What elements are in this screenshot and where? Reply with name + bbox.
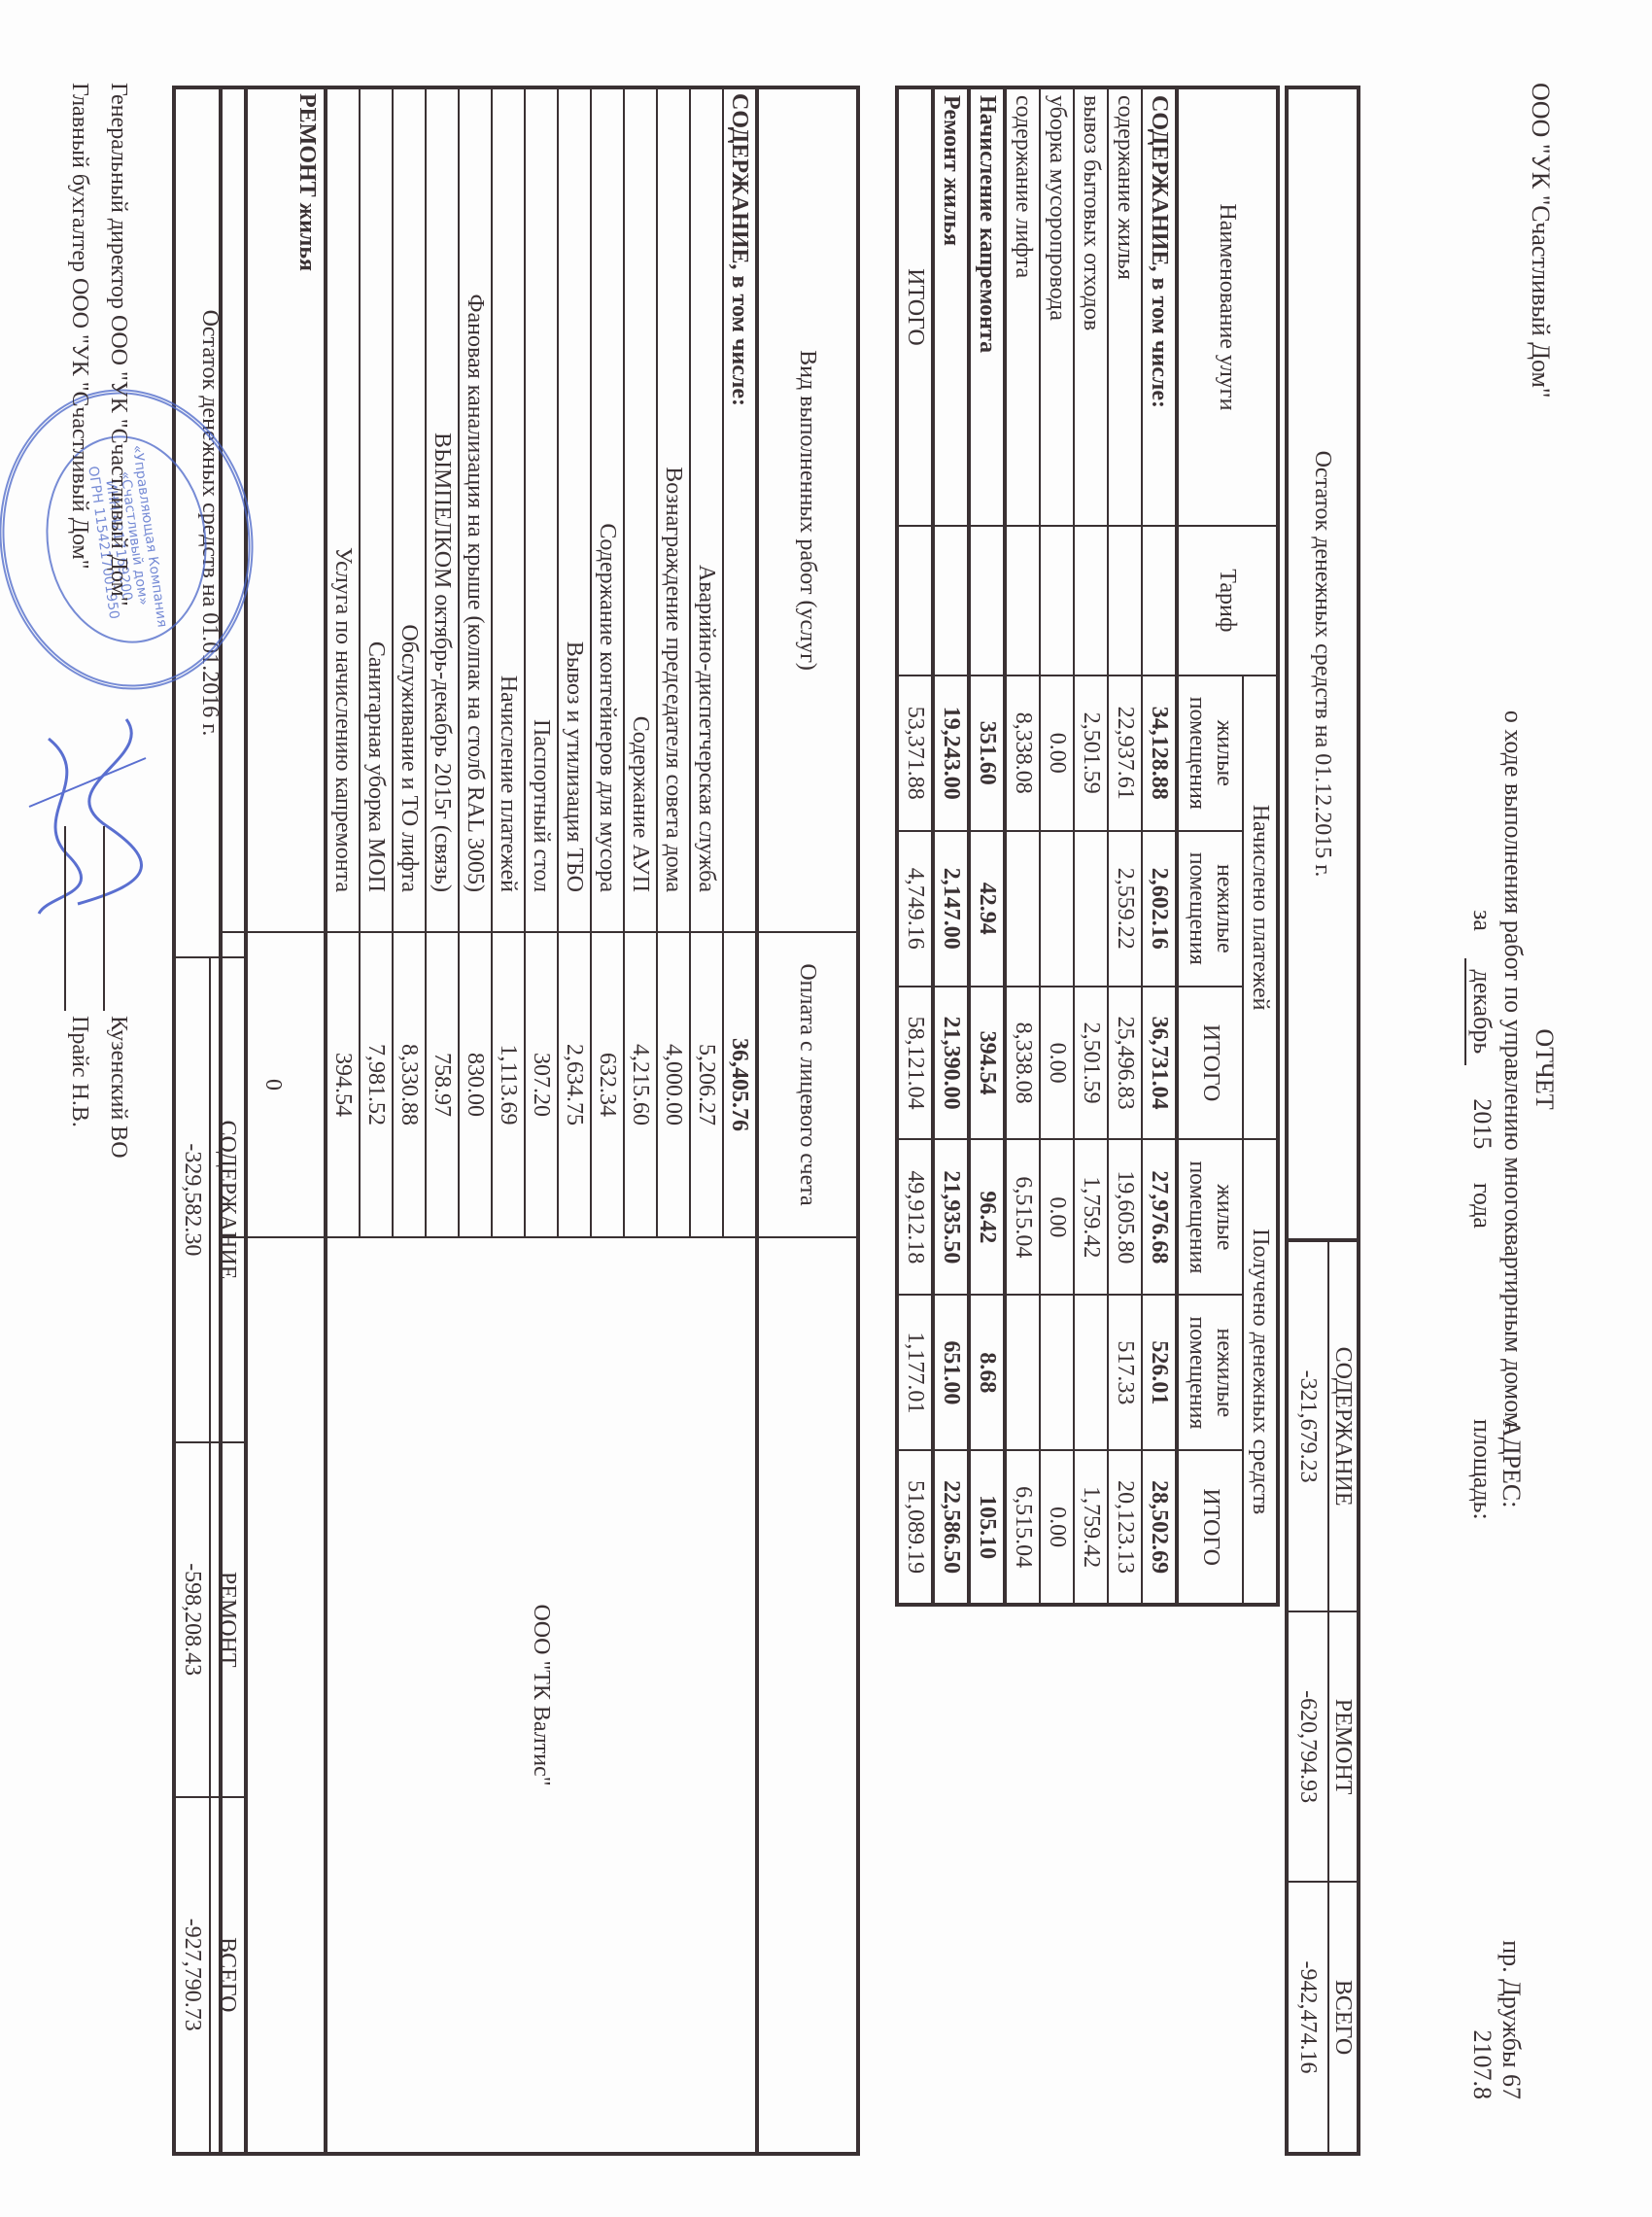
received-nonresidential-cell bbox=[1074, 1295, 1108, 1450]
tariff-cell bbox=[933, 526, 969, 675]
tariff-cell bbox=[897, 526, 933, 675]
area-value: 2107.8 bbox=[1467, 1652, 1497, 2158]
col-charged-group: Начислено платежей bbox=[1243, 675, 1278, 1140]
work-name: Содержание контейнеров для мусора bbox=[591, 87, 624, 932]
received-nonresidential-cell: 651.00 bbox=[933, 1295, 969, 1450]
work-amount: 1,113.69 bbox=[492, 932, 525, 1237]
period-year: 2015 bbox=[1468, 1098, 1497, 1149]
works-table: Вид выполненных работ (услуг) Оплата с л… bbox=[219, 86, 860, 2156]
charges-table-row: СОДЕРЖАНИЕ, в том числе:34,128.882,602.1… bbox=[1142, 87, 1177, 1605]
work-name: Начисление платежей bbox=[492, 87, 525, 932]
accountant-name: Прайс Н.В. bbox=[66, 1016, 92, 1127]
charged-nonresidential-cell: 2,602.16 bbox=[1142, 831, 1177, 987]
accountant-title: Главный бухгалтер ООО "УК "Счастливый До… bbox=[66, 83, 92, 570]
service-name: СОДЕРЖАНИЕ, в том числе: bbox=[1142, 87, 1177, 526]
col-work: Вид выполненных работ (услуг) bbox=[757, 87, 858, 932]
opening-col-total: ВСЕГО bbox=[1328, 1882, 1359, 2154]
closing-value-total: -927,790.73 bbox=[174, 1797, 210, 2154]
handwritten-signature bbox=[10, 700, 165, 923]
col-contractor bbox=[757, 1237, 858, 2154]
work-name: ВЫМПЕЛКОМ октябрь-декабрь 2015г (связь) bbox=[426, 87, 459, 932]
charges-table-body: СОДЕРЖАНИЕ, в том числе:34,128.882,602.1… bbox=[897, 87, 1177, 1605]
charged-residential-cell: 53,371.88 bbox=[897, 675, 933, 831]
work-name: Услуга по начислению капремонта bbox=[326, 87, 360, 932]
charged-total-cell: 2,501.59 bbox=[1074, 987, 1108, 1140]
service-name: вывоз бытовых отходов bbox=[1074, 87, 1108, 526]
received-residential-cell: 21,935.50 bbox=[933, 1139, 969, 1295]
service-name: содержание жилья bbox=[1108, 87, 1142, 526]
col-charged-total: ИТОГО bbox=[1177, 987, 1243, 1140]
received-residential-cell: 1,759.42 bbox=[1074, 1139, 1108, 1295]
charged-total-cell: 394.54 bbox=[969, 987, 1005, 1140]
work-name: Вывоз и утилизация ТБО bbox=[558, 87, 591, 932]
charged-total-cell: 36,731.04 bbox=[1142, 987, 1177, 1140]
tariff-cell bbox=[1005, 526, 1040, 675]
charged-residential-cell: 351.60 bbox=[969, 675, 1005, 831]
opening-value-repair: -620,794.93 bbox=[1287, 1611, 1328, 1882]
opening-col-repair: РЕМОНТ bbox=[1328, 1611, 1359, 1882]
received-residential-cell: 6,515.04 bbox=[1005, 1139, 1040, 1295]
accountant-signature-line bbox=[64, 826, 66, 1011]
received-total-cell: 105.10 bbox=[969, 1450, 1005, 1605]
closing-value-repair: -598,208.43 bbox=[174, 1442, 210, 1797]
service-name: ИТОГО bbox=[897, 87, 933, 526]
received-total-cell: 51,089.19 bbox=[897, 1450, 933, 1605]
charged-total-cell: 8,338.08 bbox=[1005, 987, 1040, 1140]
work-name: Вознаграждение председателя совета дома bbox=[657, 87, 690, 932]
charged-residential-cell: 0.00 bbox=[1040, 675, 1074, 831]
organization-name: ООО "УК "Счастливый Дом" bbox=[1526, 83, 1555, 398]
col-received-nonresidential: нежилые помещения bbox=[1177, 1295, 1243, 1450]
work-amount: 7,981.52 bbox=[360, 932, 393, 1237]
col-received-total: ИТОГО bbox=[1177, 1450, 1243, 1605]
charged-residential-cell: 22,937.61 bbox=[1108, 675, 1142, 831]
work-amount: 4,000.00 bbox=[657, 932, 690, 1237]
area-label: площадь: bbox=[1467, 1419, 1497, 1652]
closing-col-repair: РЕМОНТ bbox=[210, 1442, 246, 1797]
received-nonresidential-cell bbox=[1040, 1295, 1074, 1450]
work-name: Содержание АУП bbox=[624, 87, 657, 932]
closing-col-maintenance: СОДЕРЖАНИЕ bbox=[210, 957, 246, 1442]
col-charged-residential: жилые помещения bbox=[1177, 675, 1243, 831]
col-tariff: Тариф bbox=[1177, 526, 1278, 675]
received-total-cell: 20,123.13 bbox=[1108, 1450, 1142, 1605]
col-received-group: Получено денежных средств bbox=[1243, 1139, 1278, 1605]
period-month: декабрь bbox=[1464, 958, 1497, 1065]
received-total-cell: 0.00 bbox=[1040, 1450, 1074, 1605]
col-service: Наименование улуги bbox=[1177, 87, 1278, 526]
work-amount: 394.54 bbox=[326, 932, 360, 1237]
received-total-cell: 1,759.42 bbox=[1074, 1450, 1108, 1605]
address-value: пр. Дружбы 67 bbox=[1497, 1652, 1526, 2158]
received-nonresidential-cell bbox=[1005, 1295, 1040, 1450]
charged-residential-cell: 8,338.08 bbox=[1005, 675, 1040, 831]
work-amount: 307.20 bbox=[525, 932, 558, 1237]
service-name: содержание лифта bbox=[1005, 87, 1040, 526]
charged-total-cell: 21,390.00 bbox=[933, 987, 969, 1140]
tariff-cell bbox=[1074, 526, 1108, 675]
address-block: АДРЕС: пр. Дружбы 67 площадь: 2107.8 bbox=[1467, 1419, 1526, 2158]
received-residential-cell: 27,976.68 bbox=[1142, 1139, 1177, 1295]
charged-nonresidential-cell bbox=[1005, 831, 1040, 987]
charged-total-cell: 58,121.04 bbox=[897, 987, 933, 1140]
received-nonresidential-cell: 526.01 bbox=[1142, 1295, 1177, 1450]
charged-residential-cell: 19,243.00 bbox=[933, 675, 969, 831]
closing-col-total: ВСЕГО bbox=[210, 1797, 246, 2154]
received-nonresidential-cell: 1,177.01 bbox=[897, 1295, 933, 1450]
charged-nonresidential-cell: 4,749.16 bbox=[897, 831, 933, 987]
received-residential-cell: 19,605.80 bbox=[1108, 1139, 1142, 1295]
period-suffix: года bbox=[1468, 1183, 1497, 1229]
report-subtitle: о ходе выполнения работ по управлению мн… bbox=[1497, 680, 1529, 1458]
received-total-cell: 6,515.04 bbox=[1005, 1450, 1040, 1605]
works-table-body: СОДЕРЖАНИЕ, в том числе: 36,405.76 ООО "… bbox=[221, 87, 757, 2154]
opening-value-maintenance: -321,679.23 bbox=[1287, 1240, 1328, 1611]
service-name: Ремонт жилья bbox=[933, 87, 969, 526]
charged-nonresidential-cell: 2,147.00 bbox=[933, 831, 969, 987]
report-period: задекабрь 2015 года bbox=[1464, 680, 1497, 1458]
director-title: Генеральный директор ООО "УК "Счастливый… bbox=[105, 83, 131, 606]
charges-table: Наименование улуги Тариф Начислено плате… bbox=[895, 86, 1280, 1607]
received-residential-cell: 0.00 bbox=[1040, 1139, 1074, 1295]
charged-nonresidential-cell: 2,559.22 bbox=[1108, 831, 1142, 987]
work-amount: 4,215.60 bbox=[624, 932, 657, 1237]
work-amount: 5,206.27 bbox=[690, 932, 723, 1237]
charges-table-row: Начисление капремонта351.6042.94394.5496… bbox=[969, 87, 1005, 1605]
received-residential-cell: 96.42 bbox=[969, 1139, 1005, 1295]
work-name: Фановая канализация на крыше (колпак на … bbox=[459, 87, 492, 932]
closing-value-maintenance: -329,582.30 bbox=[174, 957, 210, 1442]
charged-total-cell: 0.00 bbox=[1040, 987, 1074, 1140]
opening-balance-table: Остаток денежных средств на 01.12.2015 г… bbox=[1285, 86, 1360, 2156]
charged-residential-cell: 2,501.59 bbox=[1074, 675, 1108, 831]
charged-nonresidential-cell bbox=[1074, 831, 1108, 987]
works-section-row: СОДЕРЖАНИЕ, в том числе: 36,405.76 ООО "… bbox=[723, 87, 757, 2154]
work-amount: 8,330.88 bbox=[393, 932, 426, 1237]
charged-nonresidential-cell bbox=[1040, 831, 1074, 987]
work-name: Аварийно-диспетчерская служба bbox=[690, 87, 723, 932]
work-amount: 758.97 bbox=[426, 932, 459, 1237]
col-received-residential: жилые помещения bbox=[1177, 1139, 1243, 1295]
report-title-block: ОТЧЕТ о ходе выполнения работ по управле… bbox=[1464, 680, 1560, 1458]
opening-balance-label: Остаток денежных средств на 01.12.2015 г… bbox=[1287, 87, 1359, 1240]
charges-table-row: уборка мусоропровода0.000.000.000.00 bbox=[1040, 87, 1074, 1605]
report-page: ООО "УК "Счастливый Дом" ОТЧЕТ о ходе вы… bbox=[0, 0, 1652, 2217]
works-section-title: СОДЕРЖАНИЕ, в том числе: bbox=[723, 87, 757, 932]
tariff-cell bbox=[1142, 526, 1177, 675]
tariff-cell bbox=[1040, 526, 1074, 675]
col-charged-nonresidential: нежилые помещения bbox=[1177, 831, 1243, 987]
charges-table-row: ИТОГО53,371.884,749.1658,121.0449,912.18… bbox=[897, 87, 933, 1605]
received-residential-cell: 49,912.18 bbox=[897, 1139, 933, 1295]
opening-col-maintenance: СОДЕРЖАНИЕ bbox=[1328, 1240, 1359, 1611]
work-name: Санитарная уборка МОП bbox=[360, 87, 393, 932]
work-amount: 2,634.75 bbox=[558, 932, 591, 1237]
charges-table-row: содержание жилья22,937.612,559.2225,496.… bbox=[1108, 87, 1142, 1605]
received-total-cell: 28,502.69 bbox=[1142, 1450, 1177, 1605]
col-payment: Оплата с лицевого счета bbox=[757, 932, 858, 1237]
received-nonresidential-cell: 517.33 bbox=[1108, 1295, 1142, 1450]
address-label: АДРЕС: bbox=[1497, 1419, 1526, 1652]
charged-total-cell: 25,496.83 bbox=[1108, 987, 1142, 1140]
director-signature-line bbox=[103, 826, 105, 1011]
charged-nonresidential-cell: 42.94 bbox=[969, 831, 1005, 987]
charges-table-row: вывоз бытовых отходов2,501.592,501.591,7… bbox=[1074, 87, 1108, 1605]
service-name: уборка мусоропровода bbox=[1040, 87, 1074, 526]
period-prefix: за bbox=[1468, 910, 1497, 931]
work-amount: 830.00 bbox=[459, 932, 492, 1237]
opening-value-total: -942,474.16 bbox=[1287, 1882, 1328, 2154]
works-section-total: 36,405.76 bbox=[723, 932, 757, 1237]
charges-table-row: Ремонт жилья19,243.002,147.0021,390.0021… bbox=[933, 87, 969, 1605]
closing-balance-table: Остаток денежных средств на 01.01.2016 г… bbox=[172, 86, 248, 2156]
received-total-cell: 22,586.50 bbox=[933, 1450, 969, 1605]
contractor-name: ООО "ТК Валтис" bbox=[530, 1604, 555, 1785]
charges-table-row: содержание лифта8,338.088,338.086,515.04… bbox=[1005, 87, 1040, 1605]
contractor-cell: ООО "ТК Валтис" bbox=[326, 1237, 757, 2154]
tariff-cell bbox=[969, 526, 1005, 675]
service-name: Начисление капремонта bbox=[969, 87, 1005, 526]
director-name: Кузенский ВО bbox=[105, 1016, 131, 1159]
charged-residential-cell: 34,128.88 bbox=[1142, 675, 1177, 831]
report-title: ОТЧЕТ bbox=[1529, 680, 1560, 1458]
work-name: Обслуживание и ТО лифта bbox=[393, 87, 426, 932]
work-amount: 632.34 bbox=[591, 932, 624, 1237]
received-nonresidential-cell: 8.68 bbox=[969, 1295, 1005, 1450]
work-name: Паспортный стол bbox=[525, 87, 558, 932]
tariff-cell bbox=[1108, 526, 1142, 675]
